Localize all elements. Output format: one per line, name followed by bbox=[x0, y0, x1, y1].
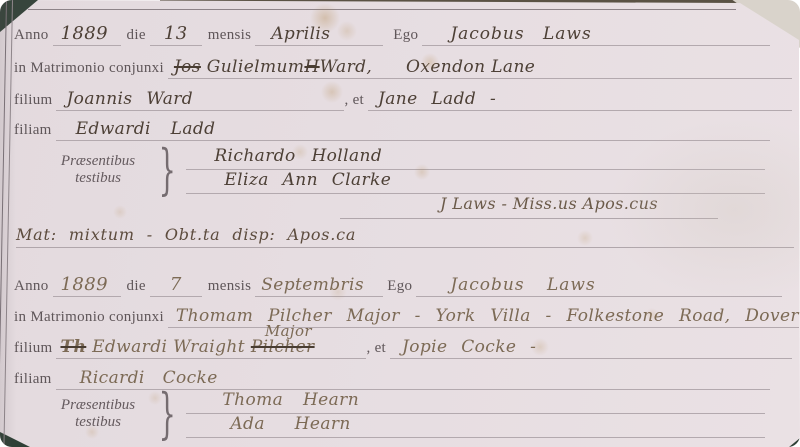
entry2-groom-father-field: Th Edwardi Wraight Pilcher Major bbox=[56, 337, 366, 359]
entry2-year-field: 1889 bbox=[53, 274, 121, 297]
entry1-month-field: Aprilis bbox=[255, 24, 383, 46]
entry2-month: Septembris bbox=[255, 275, 364, 295]
entry1-note-line: Mat: mixtum - Obt.ta disp: Apos.ca bbox=[16, 225, 794, 248]
entry1-groom-address: Oxendon Lane bbox=[406, 57, 535, 77]
mensis-label: mensis bbox=[202, 27, 255, 46]
filium-label: filium bbox=[14, 92, 56, 111]
entry1-witness-block: Præsentibus testibus } Richardo Holland … bbox=[48, 146, 765, 194]
mensis-label-2: mensis bbox=[202, 278, 255, 297]
entry1-groom-given: Gulielmum bbox=[207, 57, 305, 77]
entry1-bride-field: Jane Ladd - bbox=[368, 89, 792, 111]
die-label-2: die bbox=[121, 278, 150, 297]
entry1-bride-father: Edwardi Ladd bbox=[56, 119, 216, 139]
entry1-bride-father-row: filiam Edwardi Ladd bbox=[14, 111, 770, 141]
entry1-date-row: Anno 1889 die 13 mensis Aprilis Ego Jaco… bbox=[14, 16, 770, 46]
entry1-signature: J Laws - Miss.us Apos.cus bbox=[340, 194, 658, 213]
ego-label-2: Ego bbox=[383, 278, 416, 297]
entry2-witness-block: Præsentibus testibus } Thoma Hearn Ada H… bbox=[48, 390, 765, 438]
entry2-witness2: Ada Hearn bbox=[186, 414, 350, 434]
entry2-father-struck: Th bbox=[60, 337, 86, 357]
testibus2-label-line2: testibus bbox=[48, 414, 148, 431]
entry1-groom-father: Joannis Ward bbox=[56, 89, 193, 109]
entry2-day-field: 7 bbox=[150, 274, 202, 297]
witness-brace-2: } bbox=[159, 390, 176, 438]
entry2-celebrant: Jacobus Laws bbox=[416, 275, 595, 295]
entry1-year: 1889 bbox=[53, 23, 108, 44]
ego-label: Ego bbox=[383, 27, 422, 46]
entry1-witness2-line: Eliza Ann Clarke bbox=[186, 170, 765, 194]
entry1-groom-father-field: Joannis Ward bbox=[56, 89, 344, 111]
entry1-witness1: Richardo Holland bbox=[186, 146, 382, 166]
entry1-groom-row: in Matrimonio conjunxi Jos GulielmumHWar… bbox=[14, 49, 792, 79]
entry2-celebrant-field: Jacobus Laws bbox=[416, 275, 782, 297]
entry2-day: 7 bbox=[170, 274, 182, 295]
entry2-witness1-line: Thoma Hearn bbox=[186, 390, 765, 414]
entry2-year: 1889 bbox=[53, 274, 108, 295]
entry2-witness1: Thoma Hearn bbox=[186, 390, 359, 410]
entry1-celebrant-field: Jacobus Laws bbox=[422, 24, 770, 46]
entry1-signature-line: J Laws - Miss.us Apos.cus bbox=[340, 194, 718, 219]
entry2-groom-field: Thomam Pilcher Major - York Villa - Folk… bbox=[168, 306, 799, 328]
testibus-label: Præsentibus testibus bbox=[48, 153, 148, 187]
testibus-label-2: Præsentibus testibus bbox=[48, 397, 148, 431]
entry1-month: Aprilis bbox=[255, 24, 330, 44]
entry2-groom: Thomam Pilcher Major - York Villa - Folk… bbox=[168, 306, 799, 326]
entry1-note: Mat: mixtum - Obt.ta disp: Apos.ca bbox=[16, 225, 356, 244]
entry1-year-field: 1889 bbox=[53, 23, 121, 46]
entry2-bride-field: Jopie Cocke - bbox=[390, 337, 792, 359]
entry1-groom-field: Jos GulielmumHWard, Oxendon Lane bbox=[168, 57, 792, 79]
witness-brace: } bbox=[159, 146, 176, 194]
filiam-label: filiam bbox=[14, 122, 56, 141]
conjunxi-label-2: in Matrimonio conjunxi bbox=[14, 309, 168, 328]
entry1-witness2: Eliza Ann Clarke bbox=[186, 170, 391, 190]
entry2-father-struck2: Pilcher bbox=[251, 337, 315, 357]
entry2-bride: Jopie Cocke - bbox=[390, 337, 536, 357]
top-rule bbox=[28, 9, 736, 10]
et-label: , et bbox=[344, 92, 368, 111]
entry1-groom-surname: Ward, bbox=[320, 57, 373, 77]
anno-label-2: Anno bbox=[14, 278, 53, 297]
entry2-father-insert: Major bbox=[265, 322, 312, 340]
entry2-father-row: filium Th Edwardi Wraight Pilcher Major … bbox=[14, 329, 792, 359]
entry2-month-field: Septembris bbox=[255, 275, 383, 297]
conjunxi-label: in Matrimonio conjunxi bbox=[14, 60, 168, 79]
entry1-witness1-line: Richardo Holland bbox=[186, 146, 765, 170]
entry1-day: 13 bbox=[164, 23, 188, 44]
testibus2-label-line1: Præsentibus bbox=[48, 397, 148, 414]
entry2-witness-lines: Thoma Hearn Ada Hearn bbox=[186, 390, 765, 438]
anno-label: Anno bbox=[14, 27, 53, 46]
entry2-groom-row: in Matrimonio conjunxi Thomam Pilcher Ma… bbox=[14, 298, 794, 328]
entry2-witness2-line: Ada Hearn bbox=[186, 414, 765, 438]
entry2-bride-father-row: filiam Ricardi Cocke bbox=[14, 360, 770, 390]
entry2-father-name: Edwardi Wraight bbox=[92, 337, 245, 357]
entry1-groom-struck: Jos bbox=[174, 57, 201, 77]
entry1-bride: Jane Ladd - bbox=[368, 89, 496, 109]
filiam-label-2: filiam bbox=[14, 371, 56, 390]
filium-label-2: filium bbox=[14, 340, 56, 359]
entry1-celebrant: Jacobus Laws bbox=[422, 24, 591, 44]
entry1-father-row: filium Joannis Ward , et Jane Ladd - bbox=[14, 81, 792, 111]
entry1-day-field: 13 bbox=[150, 23, 202, 46]
testibus-label-line1: Præsentibus bbox=[48, 153, 148, 170]
entry1-groom-struck2: H bbox=[304, 57, 319, 77]
entry2-bride-father: Ricardi Cocke bbox=[56, 368, 218, 388]
testibus-label-line2: testibus bbox=[48, 170, 148, 187]
die-label: die bbox=[121, 27, 150, 46]
entry2-date-row: Anno 1889 die 7 mensis Septembris Ego Ja… bbox=[14, 267, 782, 297]
register-scan: Anno 1889 die 13 mensis Aprilis Ego Jaco… bbox=[0, 0, 800, 447]
entry2-father-correction: Pilcher Major bbox=[251, 337, 315, 357]
et-label-2: , et bbox=[366, 340, 390, 359]
entry1-witness-lines: Richardo Holland Eliza Ann Clarke bbox=[186, 146, 765, 194]
